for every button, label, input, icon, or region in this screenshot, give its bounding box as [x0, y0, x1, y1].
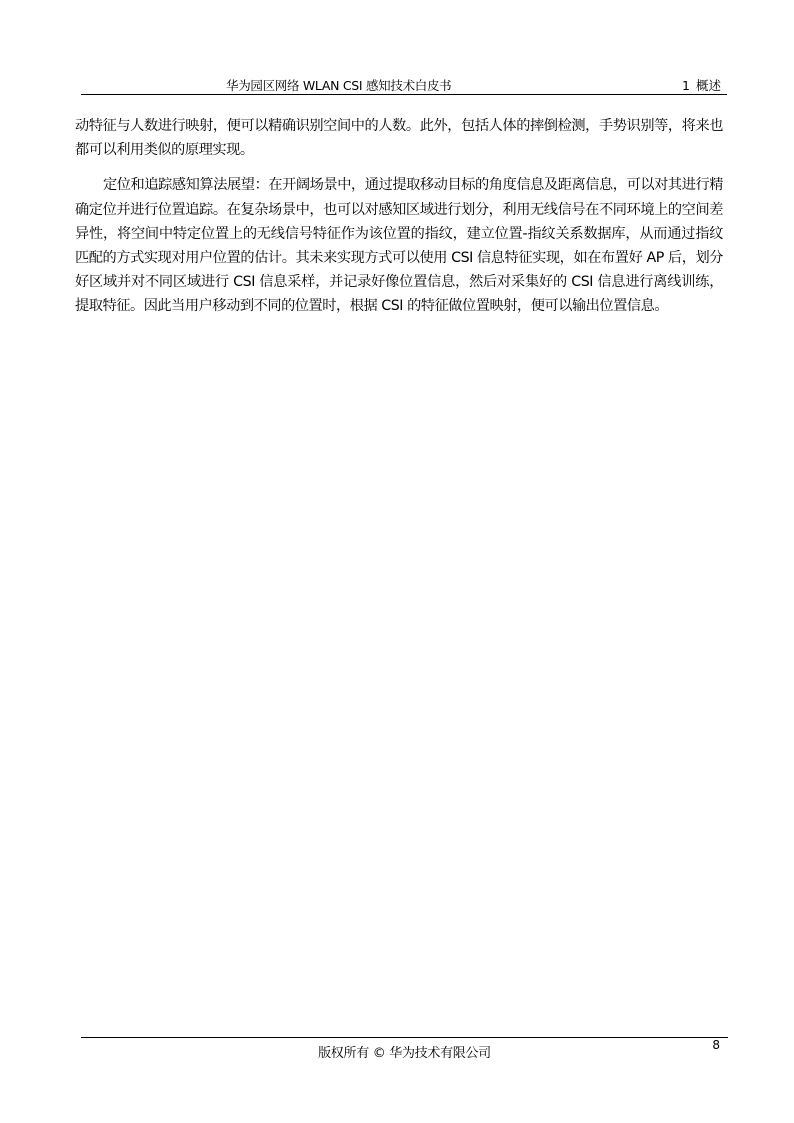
copyright-notice: 版权所有 © 华为技术有限公司 [81, 1042, 728, 1061]
chapter-title: 概述 [696, 78, 721, 93]
body-content: 动特征与人数进行映射，便可以精确识别空间中的人数。此外，包括人体的摔倒检测，手势… [75, 114, 723, 319]
page-footer: 版权所有 © 华为技术有限公司 8 [81, 1037, 728, 1062]
paragraph-continuation: 动特征与人数进行映射，便可以精确识别空间中的人数。此外，包括人体的摔倒检测，手势… [75, 114, 723, 162]
page-header: 华为园区网络 WLAN CSI 感知技术白皮书 1概述 [81, 74, 727, 95]
document-title: 华为园区网络 WLAN CSI 感知技术白皮书 [226, 76, 451, 94]
chapter-number: 1 [682, 78, 690, 93]
chapter-label: 1概述 [682, 76, 721, 94]
paragraph-localization-tracking: 定位和追踪感知算法展望：在开阔场景中，通过提取移动目标的角度信息及距离信息，可以… [75, 173, 723, 318]
page-number: 8 [712, 1038, 720, 1052]
